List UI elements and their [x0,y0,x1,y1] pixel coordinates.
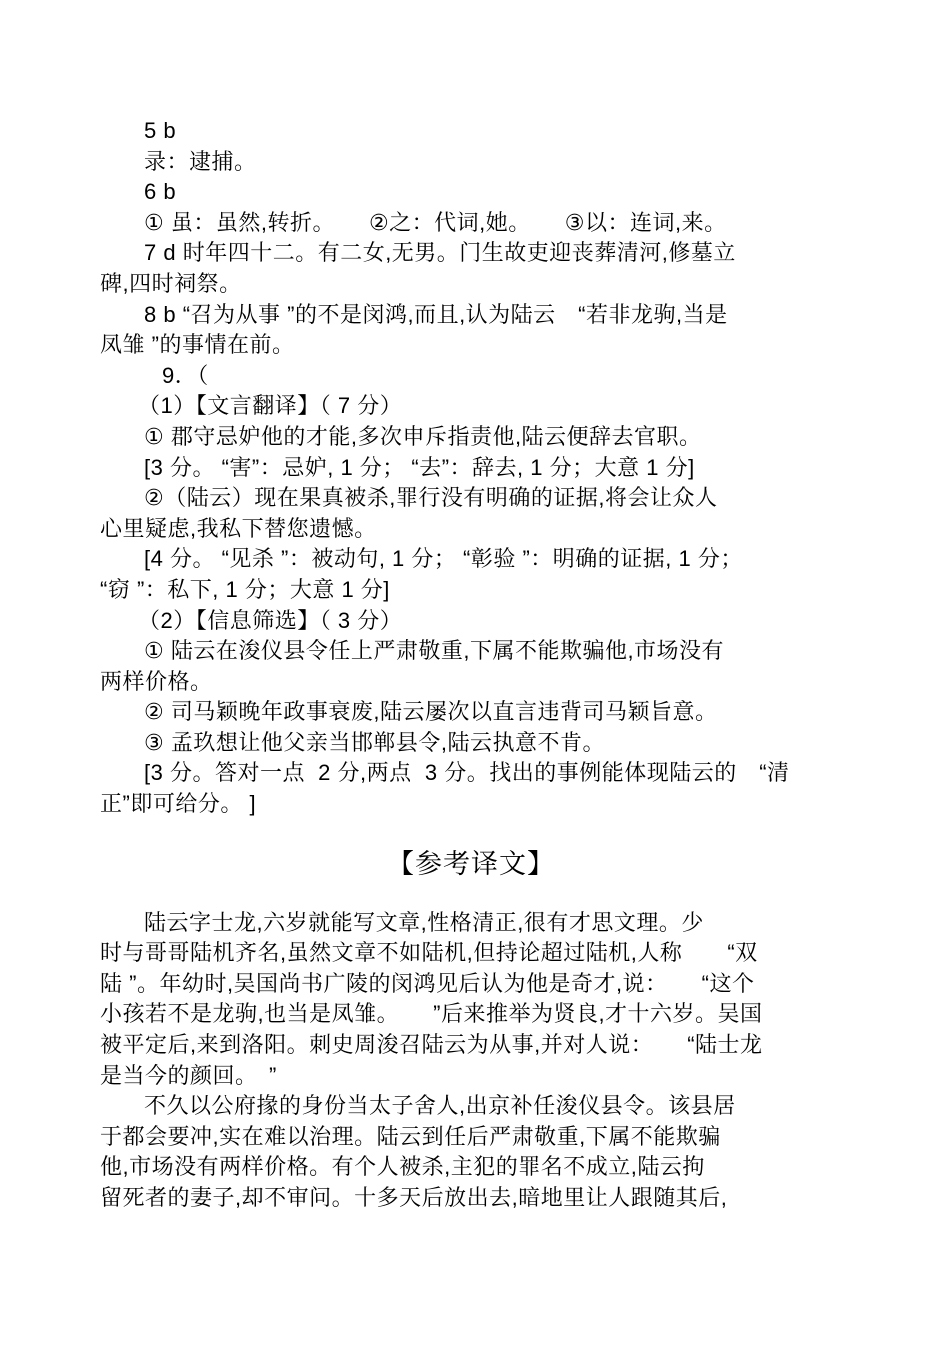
document-page: 5 b录：逮捕。6 b① 虽：虽然,转折。 ②之：代词,她。 ③以：连词,来。7… [0,0,950,1345]
answer-line: ① 陆云在浚仪县令任上严肃敬重,下属不能欺骗他,市场没有 [100,636,842,667]
text-block: 5 b录：逮捕。6 b① 虽：虽然,转折。 ②之：代词,她。 ③以：连词,来。7… [100,116,842,1214]
answer-line: 8 b “召为从事 ”的不是闵鸿,而且,认为陆云 “若非龙驹,当是 [100,300,842,331]
translation-line: 陆云字士龙,六岁就能写文章,性格清正,很有才思文理。少 [100,908,842,939]
answer-line: ① 虽：虽然,转折。 ②之：代词,她。 ③以：连词,来。 [100,208,842,239]
answer-line: ③ 孟玖想让他父亲当邯郸县令,陆云执意不肯。 [100,728,842,759]
answer-line: 正”即可给分。 ] [100,789,842,820]
answer-line: 录：逮捕。 [100,147,842,178]
answer-line: “窃 ”：私下, 1 分；大意 1 分] [100,575,842,606]
answer-line: 心里疑虑,我私下替您遗憾。 [100,514,842,545]
translation-line: 是当今的颜回。 ” [100,1061,842,1092]
answer-line: （1）【文言翻译】（ 7 分） [100,391,842,422]
translation-line: 小孩若不是龙驹,也当是凤雏。 ”后来推举为贤良,才十六岁。吴国 [100,999,842,1030]
translation-line: 于都会要冲,实在难以治理。陆云到任后严肃敬重,下属不能欺骗 [100,1122,842,1153]
answer-line: 6 b [100,177,842,208]
translation-paragraph-2: 不久以公府掾的身份当太子舍人,出京补任浚仪县令。该县居于都会要冲,实在难以治理。… [100,1091,842,1213]
answer-line: 凤雏 ”的事情在前。 [100,330,842,361]
answer-line: 7 d 时年四十二。有二女,无男。门生故吏迎丧葬清河,修墓立 [100,238,842,269]
answer-line: 两样价格。 [100,667,842,698]
translation-line: 陆 ”。年幼时,吴国尚书广陵的闵鸿见后认为他是奇才,说： “这个 [100,969,842,1000]
answer-line: 5 b [100,116,842,147]
translation-title: 【参考译文】 [100,846,842,882]
translation-line: 留死者的妻子,却不审问。十多天后放出去,暗地里让人跟随其后, [100,1183,842,1214]
answer-line: 碑,四时祠祭。 [100,269,842,300]
answer-line: [3 分。 “害”：忌妒, 1 分； “去”：辞去, 1 分；大意 1 分] [100,453,842,484]
translation-line: 不久以公府掾的身份当太子舍人,出京补任浚仪县令。该县居 [100,1091,842,1122]
answer-line: [3 分。答对一点 2 分,两点 3 分。找出的事例能体现陆云的 “清 [100,758,842,789]
translation-line: 被平定后,来到洛阳。刺史周浚召陆云为从事,并对人说： “陆士龙 [100,1030,842,1061]
answer-line: ① 郡守忌妒他的才能,多次申斥指责他,陆云便辞去官职。 [100,422,842,453]
answer-line: ②（陆云）现在果真被杀,罪行没有明确的证据,将会让众人 [100,483,842,514]
answer-line: （2）【信息筛选】（ 3 分） [100,606,842,637]
answer-line: 9．（ [100,361,842,392]
translation-line: 他,市场没有两样价格。有个人被杀,主犯的罪名不成立,陆云拘 [100,1152,842,1183]
translation-paragraph-1: 陆云字士龙,六岁就能写文章,性格清正,很有才思文理。少时与哥哥陆机齐名,虽然文章… [100,908,842,1092]
answer-line: [4 分。 “见杀 ”：被动句, 1 分； “彰验 ”：明确的证据, 1 分； [100,544,842,575]
answer-line: ② 司马颖晚年政事衰废,陆云屡次以直言违背司马颖旨意。 [100,697,842,728]
translation-line: 时与哥哥陆机齐名,虽然文章不如陆机,但持论超过陆机,人称 “双 [100,938,842,969]
answer-section: 5 b录：逮捕。6 b① 虽：虽然,转折。 ②之：代词,她。 ③以：连词,来。7… [100,116,842,820]
